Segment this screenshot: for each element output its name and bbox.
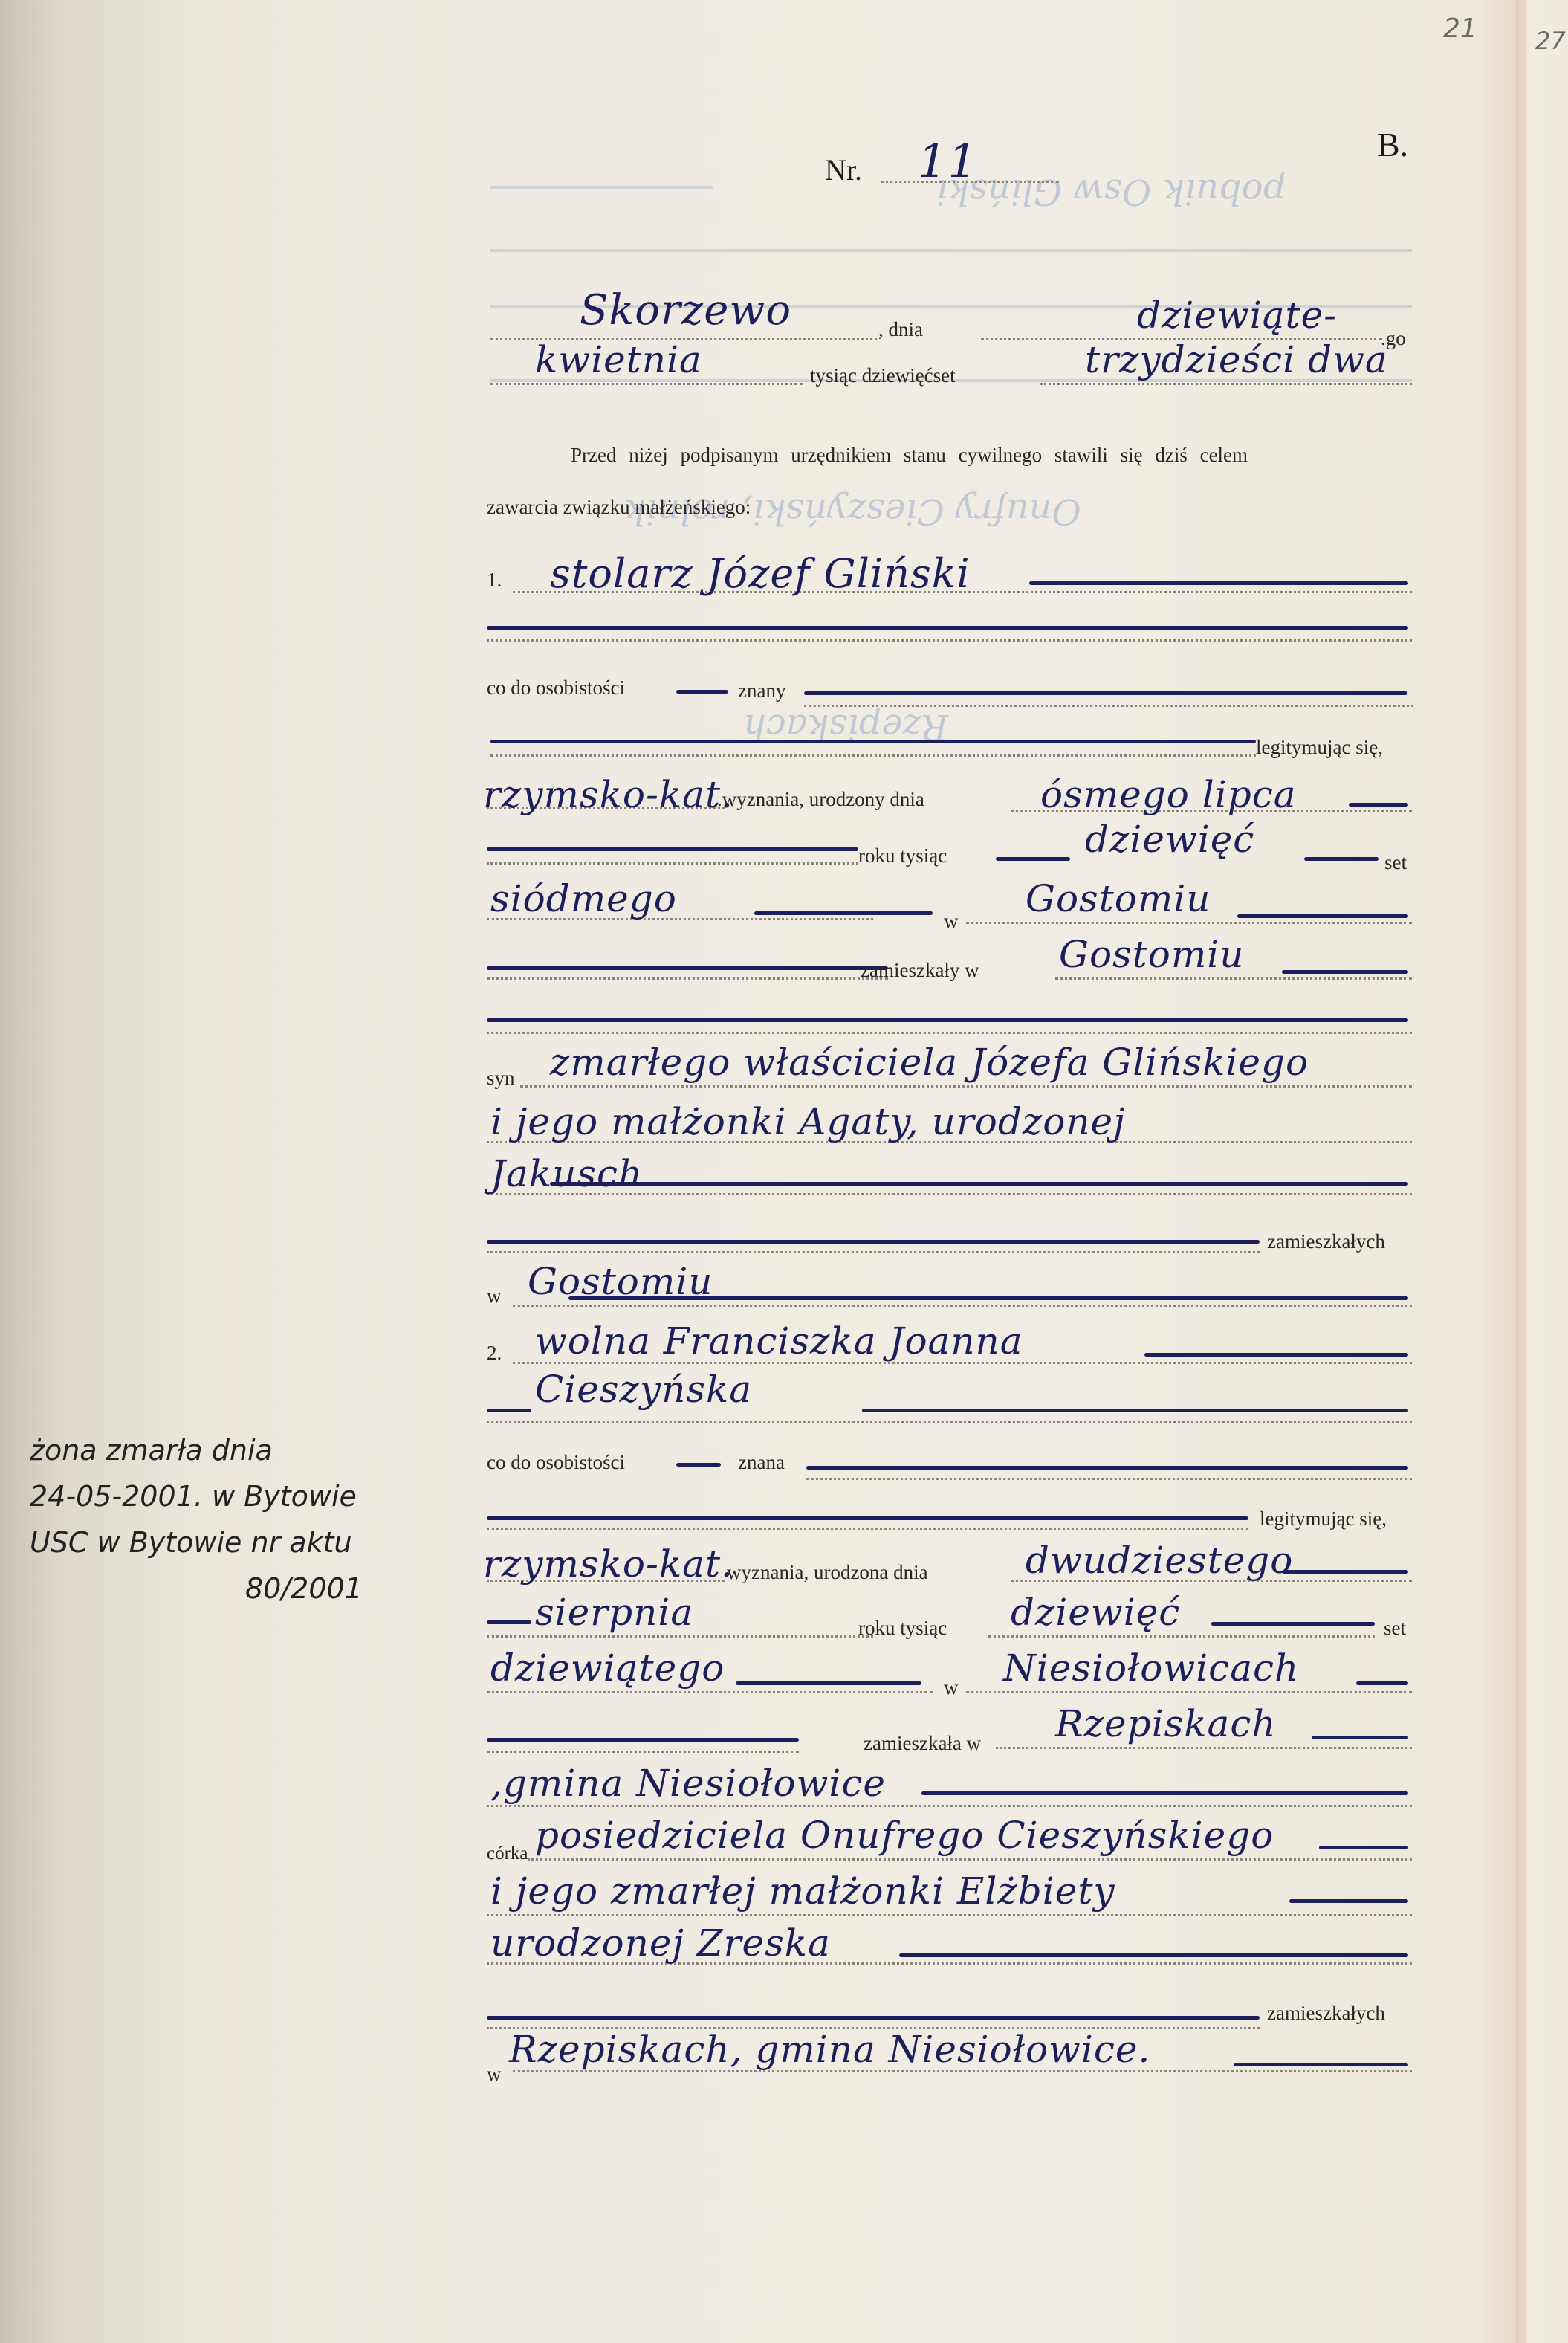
dotted-line: [487, 1032, 1412, 1034]
bride-parents-line-1: posiedziciela Onufrego Cieszyńskiego: [535, 1814, 1274, 1857]
record-number-value: 11: [918, 134, 978, 188]
groom-parents-line-2: i jego małżonki Agaty, urodzonej: [490, 1100, 1126, 1143]
fill-stroke: [1282, 1570, 1408, 1574]
margin-note-line-4: 80/2001: [30, 1565, 363, 1612]
dotted-line: [487, 1251, 1260, 1253]
bride-residence-label: zamieszkała w: [864, 1732, 981, 1755]
dotted-line: [487, 1691, 933, 1693]
year-prefix-label: tysiąc dziewięćset: [810, 364, 956, 387]
fill-stroke: [1234, 2063, 1408, 2066]
bride-name-line-2: Cieszyńska: [535, 1368, 752, 1411]
bride-residence: Rzepiskach: [1055, 1702, 1277, 1745]
bride-parents-res: Rzepiskach, gmina Niesiołowice.: [509, 2028, 1150, 2071]
groom-birth-place: Gostomiu: [1026, 877, 1211, 920]
fill-stroke: [899, 1953, 1408, 1957]
dotted-line: [966, 922, 1412, 924]
bride-birth-year: dziewiątego: [490, 1646, 725, 1690]
bleed-line: [490, 186, 713, 189]
dotted-line: [490, 383, 803, 385]
fill-stroke: [487, 1620, 531, 1624]
fill-stroke: [804, 691, 1407, 695]
groom-identity-label: co do osobistości: [487, 676, 625, 699]
fill-stroke: [1282, 970, 1408, 974]
fill-stroke: [1144, 1353, 1408, 1357]
dotted-line: [528, 1858, 1412, 1861]
bride-index: 2.: [487, 1342, 502, 1365]
bride-religion-label: wyznania, urodzona dnia: [727, 1561, 928, 1584]
section-letter: B.: [1377, 125, 1408, 164]
fill-stroke: [487, 2016, 1260, 2020]
dotted-line: [487, 1914, 1412, 1916]
dotted-line: [487, 1635, 873, 1638]
fill-stroke: [806, 1466, 1408, 1470]
groom-legit-label: legitymując się,: [1256, 736, 1383, 759]
dotted-line: [966, 1691, 1412, 1693]
bride-identity-label: co do osobistości: [487, 1451, 625, 1474]
dotted-line: [1055, 977, 1412, 980]
fill-stroke: [754, 911, 933, 915]
place-value: Skorzewo: [580, 286, 791, 335]
bride-birth-century: dziewięć: [1011, 1591, 1180, 1634]
fill-stroke: [1029, 581, 1408, 585]
groom-religion-label: .wyznania, urodzony dnia: [717, 788, 924, 811]
bride-residence-line-2: ,gmina Niesiołowice: [490, 1762, 886, 1805]
fill-stroke: [487, 847, 858, 851]
fill-stroke: [676, 690, 728, 694]
dotted-line: [806, 1478, 1412, 1480]
groom-set-label: set: [1384, 851, 1407, 874]
groom-parents-line-1: zmarłego właściciela Józefa Glińskiego: [550, 1041, 1309, 1084]
dotted-line: [513, 1305, 1412, 1307]
fill-stroke: [487, 1018, 1408, 1022]
dotted-line: [487, 1528, 1248, 1530]
fill-stroke: [1289, 1899, 1408, 1903]
bride-birth-place: Niesiołowicach: [1003, 1646, 1299, 1690]
fill-stroke: [676, 1463, 721, 1467]
bride-birth-day: dwudziestego: [1026, 1539, 1293, 1582]
page-number-right: 27: [1535, 27, 1566, 55]
bride-legit-label: legitymując się,: [1260, 1507, 1387, 1531]
bride-parents-w-label: w: [487, 2063, 502, 2086]
fill-stroke: [1312, 1736, 1408, 1739]
fill-stroke: [487, 1516, 1248, 1520]
fill-stroke: [1356, 1681, 1408, 1685]
intro-line-2: zawarcia związku małżeńskiego:: [487, 496, 751, 519]
fill-stroke: [996, 857, 1070, 861]
bleed-line: [490, 249, 1412, 252]
fill-stroke: [1237, 914, 1408, 918]
month-value: kwietnia: [535, 338, 702, 381]
dotted-line: [996, 1747, 1412, 1749]
bleed-through-text: pobuik Osw Gliński: [936, 171, 1286, 213]
bride-set-label: set: [1384, 1617, 1406, 1640]
dotted-line: [988, 1635, 1375, 1638]
bride-year-label: roku tysiąc: [858, 1617, 947, 1640]
fill-stroke: [1349, 803, 1408, 807]
bride-parents-line-3: urodzonej Zreska: [490, 1922, 831, 1965]
bride-parents-line-2: i jego zmarłej małżonki Elżbiety: [490, 1869, 1115, 1913]
fill-stroke: [487, 1409, 531, 1412]
bride-name-line-1: wolna Franciszka Joanna: [535, 1319, 1023, 1363]
dotted-line: [490, 754, 1256, 757]
bride-daughter-label: córka: [487, 1843, 528, 1864]
fill-stroke: [490, 740, 1256, 743]
page-number-left: 21: [1443, 13, 1477, 44]
groom-known-label: znany: [738, 679, 785, 702]
margin-note-line-1: żona zmarła dnia: [30, 1427, 363, 1473]
dotted-line: [520, 1085, 1412, 1088]
intro-line-1: Przed niżej podpisanym urzędnikiem stanu…: [571, 444, 1248, 467]
margin-note-line-3: USC w Bytowie nr aktu: [30, 1519, 363, 1565]
groom-birth-century: dziewięć: [1085, 818, 1254, 861]
fill-stroke: [736, 1681, 921, 1685]
groom-son-label: syn: [487, 1067, 515, 1090]
fill-stroke: [921, 1791, 1408, 1795]
fill-stroke: [862, 1409, 1408, 1412]
fill-stroke: [487, 626, 1408, 630]
fill-stroke: [487, 966, 888, 970]
day-value: dziewiąte-: [1137, 294, 1337, 337]
dotted-line: [1040, 383, 1412, 385]
bride-parents-res-label: zamieszkałych: [1267, 2002, 1385, 2025]
fill-stroke: [487, 1738, 799, 1742]
fill-stroke: [550, 1182, 1408, 1186]
groom-residence: Gostomiu: [1059, 933, 1245, 976]
groom-parents-w-label: w: [487, 1284, 502, 1308]
groom-parents-line-3: Jakusch: [490, 1152, 643, 1195]
groom-religion: rzymsko-kat.: [483, 773, 733, 816]
margin-note-line-2: 24-05-2001. w Bytowie: [30, 1473, 363, 1519]
groom-w-label: w: [944, 910, 959, 933]
bride-religion: rzymsko-kat.: [483, 1542, 733, 1586]
dotted-line: [487, 862, 858, 865]
bride-w-label: w: [944, 1676, 959, 1699]
fill-stroke: [568, 1296, 1408, 1300]
dotted-line: [487, 1421, 1412, 1423]
groom-parents-res-label: zamieszkałych: [1267, 1230, 1385, 1253]
groom-year-label: roku tysiąc: [858, 844, 947, 867]
dnia-label: , dnia: [878, 318, 923, 341]
dotted-line: [487, 1751, 799, 1753]
dotted-line: [487, 977, 888, 980]
bride-known-label: znana: [738, 1451, 785, 1474]
dotted-line: [804, 705, 1413, 707]
groom-birth-day: ósmego lipca: [1040, 773, 1297, 816]
groom-index: 1.: [487, 569, 502, 592]
groom-residence-label: zamieszkały w: [861, 959, 979, 982]
fill-stroke: [1211, 1622, 1375, 1626]
groom-name: stolarz Józef Gliński: [550, 550, 971, 597]
year-value: trzydzieści dwa: [1085, 338, 1388, 381]
fill-stroke: [1319, 1846, 1408, 1849]
margin-annotation: żona zmarła dnia 24-05-2001. w Bytowie U…: [30, 1427, 363, 1612]
groom-birth-year: siódmego: [490, 877, 677, 920]
page-fold: [1516, 0, 1526, 2343]
fill-stroke: [487, 1240, 1260, 1244]
dotted-line: [487, 1805, 1412, 1807]
fill-stroke: [1304, 857, 1379, 861]
bride-birth-month: sierpnia: [535, 1591, 693, 1634]
record-number-label: Nr.: [825, 152, 862, 187]
dotted-line: [487, 639, 1412, 642]
